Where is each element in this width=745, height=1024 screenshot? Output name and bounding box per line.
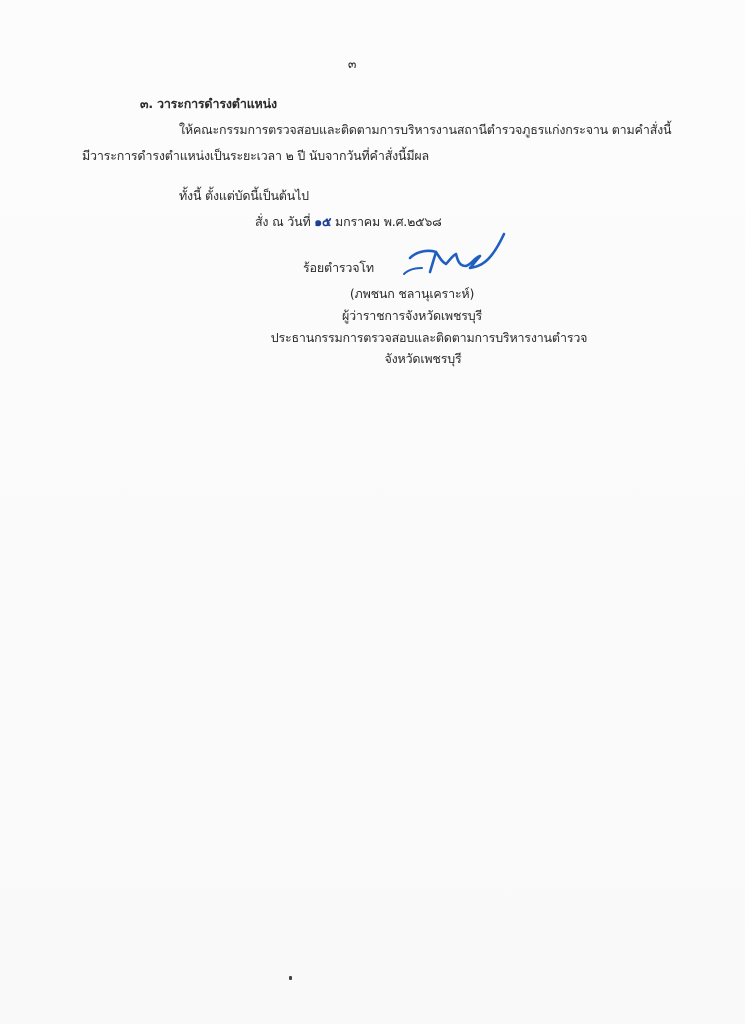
order-date-month-year: มกราคม พ.ศ.๒๕๖๘ [335,214,442,229]
signatory-name: (ภพชนก ชลานุเคราะห์) [350,288,474,301]
signature-icon [400,228,510,280]
section-heading: ๓. วาระการดำรงตำแหน่ง [140,98,277,111]
signatory-position-1: ผู้ว่าราชการจังหวัดเพชรบุรี [342,310,482,323]
paragraph-line-2: มีวาระการดำรงตำแหน่งเป็นระยะเวลา ๒ ปี นั… [82,150,429,163]
order-date: สั่ง ณ วันที่ ๑๕ มกราคม พ.ศ.๒๕๖๘ [255,216,442,229]
document-page: ๓ ๓. วาระการดำรงตำแหน่ง ให้คณะกรรมการตรว… [0,0,745,1024]
paragraph-line-1: ให้คณะกรรมการตรวจสอบและติดตามการบริหารงา… [179,124,671,137]
page-number: ๓ [348,58,356,71]
effective-statement: ทั้งนี้ ตั้งแต่บัดนี้เป็นต้นไป [179,190,309,203]
signatory-position-3: จังหวัดเพชรบุรี [385,353,462,366]
signatory-position-2: ประธานกรรมการตรวจสอบและติดตามการบริหารงา… [271,332,588,345]
signatory-rank: ร้อยตำรวจโท [303,262,374,275]
order-date-prefix: สั่ง ณ วันที่ [255,214,310,229]
scan-speck [289,976,292,980]
order-date-day: ๑๕ [314,214,331,229]
